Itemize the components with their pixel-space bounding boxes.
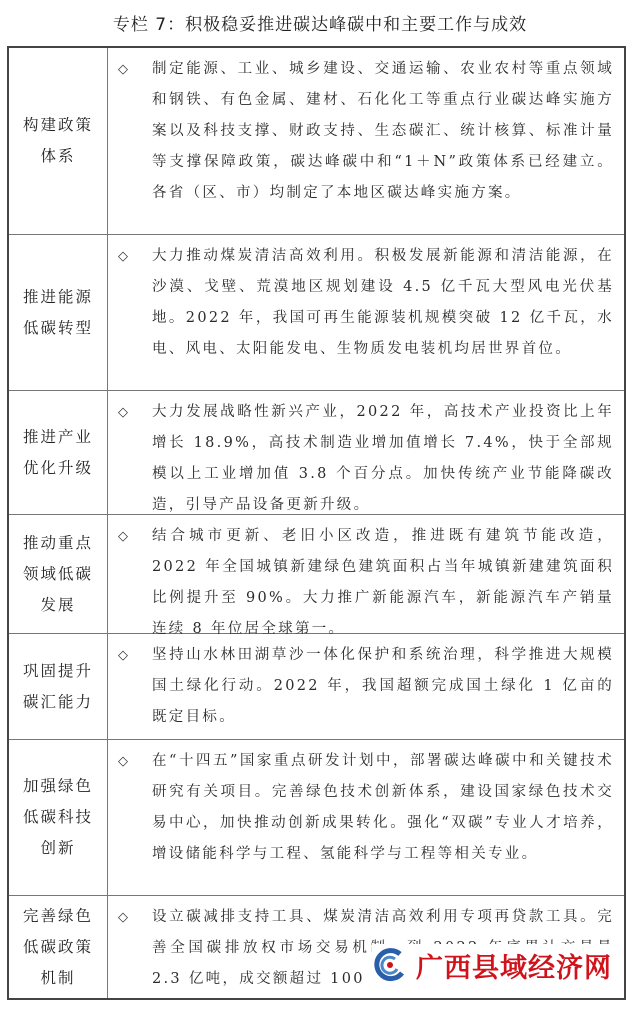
row-label: 推动重点领域低碳发展 bbox=[9, 515, 108, 633]
table-row: 巩固提升碳汇能力 ◇ 坚持山水林田湖草沙一体化保护和系统治理，科学推进大规模国土… bbox=[9, 633, 624, 739]
row-content: ◇ 在“十四五”国家重点研发计划中，部署碳达峰碳中和关键技术研究有关项目。完善绿… bbox=[108, 740, 624, 895]
row-text: 大力推动煤炭清洁高效利用。积极发展新能源和清洁能源，在沙漠、戈壁、荒漠地区规划建… bbox=[152, 241, 614, 384]
row-text: 大力发展战略性新兴产业，2022 年，高技术产业投资比上年增长 18.9%，高技… bbox=[152, 397, 614, 508]
row-content: ◇ 制定能源、工业、城乡建设、交通运输、农业农村等重点领域和钢铁、有色金属、建材… bbox=[108, 48, 624, 234]
table-row: 推进能源低碳转型 ◇ 大力推动煤炭清洁高效利用。积极发展新能源和清洁能源，在沙漠… bbox=[9, 234, 624, 390]
page-title: 专栏 7：积极稳妥推进碳达峰碳中和主要工作与成效 bbox=[0, 10, 640, 35]
row-label: 加强绿色低碳科技创新 bbox=[9, 740, 108, 895]
row-content: ◇ 结合城市更新、老旧小区改造，推进既有建筑节能改造，2022 年全国城镇新建绿… bbox=[108, 515, 624, 633]
table-row: 加强绿色低碳科技创新 ◇ 在“十四五”国家重点研发计划中，部署碳达峰碳中和关键技… bbox=[9, 739, 624, 895]
watermark-text: 广西县域经济网 bbox=[416, 946, 612, 985]
diamond-bullet-icon: ◇ bbox=[118, 746, 152, 889]
site-watermark: 广西县域经济网 bbox=[372, 944, 616, 986]
site-logo-icon bbox=[372, 947, 408, 983]
row-label: 推进能源低碳转型 bbox=[9, 235, 108, 390]
row-text: 坚持山水林田湖草沙一体化保护和系统治理，科学推进大规模国土绿化行动。2022 年… bbox=[152, 640, 614, 733]
diamond-bullet-icon: ◇ bbox=[118, 640, 152, 733]
table-row: 推进产业优化升级 ◇ 大力发展战略性新兴产业，2022 年，高技术产业投资比上年… bbox=[9, 390, 624, 514]
row-content: ◇ 大力推动煤炭清洁高效利用。积极发展新能源和清洁能源，在沙漠、戈壁、荒漠地区规… bbox=[108, 235, 624, 390]
diamond-bullet-icon: ◇ bbox=[118, 397, 152, 508]
diamond-bullet-icon: ◇ bbox=[118, 54, 152, 228]
row-label: 巩固提升碳汇能力 bbox=[9, 634, 108, 739]
row-content: ◇ 大力发展战略性新兴产业，2022 年，高技术产业投资比上年增长 18.9%，… bbox=[108, 391, 624, 514]
diamond-bullet-icon: ◇ bbox=[118, 521, 152, 627]
row-label: 构建政策体系 bbox=[9, 48, 108, 234]
row-content: ◇ 坚持山水林田湖草沙一体化保护和系统治理，科学推进大规模国土绿化行动。2022… bbox=[108, 634, 624, 739]
policy-table: 构建政策体系 ◇ 制定能源、工业、城乡建设、交通运输、农业农村等重点领域和钢铁、… bbox=[7, 46, 626, 1000]
diamond-bullet-icon: ◇ bbox=[118, 241, 152, 384]
row-label: 推进产业优化升级 bbox=[9, 391, 108, 514]
row-text: 在“十四五”国家重点研发计划中，部署碳达峰碳中和关键技术研究有关项目。完善绿色技… bbox=[152, 746, 614, 889]
row-text: 结合城市更新、老旧小区改造，推进既有建筑节能改造，2022 年全国城镇新建绿色建… bbox=[152, 521, 614, 627]
table-row: 推动重点领域低碳发展 ◇ 结合城市更新、老旧小区改造，推进既有建筑节能改造，20… bbox=[9, 514, 624, 633]
diamond-bullet-icon: ◇ bbox=[118, 902, 152, 992]
table-row: 构建政策体系 ◇ 制定能源、工业、城乡建设、交通运输、农业农村等重点领域和钢铁、… bbox=[9, 48, 624, 234]
row-label: 完善绿色低碳政策机制 bbox=[9, 896, 108, 998]
row-text: 制定能源、工业、城乡建设、交通运输、农业农村等重点领域和钢铁、有色金属、建材、石… bbox=[152, 54, 614, 228]
